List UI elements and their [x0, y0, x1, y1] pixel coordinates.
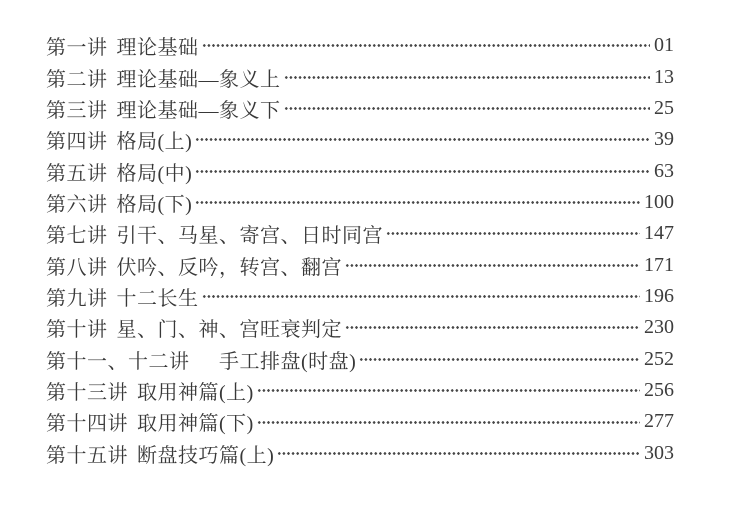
chapter-label: 第七讲 — [46, 219, 108, 248]
chapter-title: 十二长生 — [117, 282, 199, 311]
toc-row: 第十五讲 断盘技巧篇(上) 303 — [46, 437, 674, 468]
table-of-contents: 第一讲 理论基础 01 第二讲 理论基础—象义上 13 第三讲 理论基础—象义下… — [0, 0, 743, 469]
chapter-label: 第一讲 — [46, 31, 108, 60]
dot-leader — [284, 61, 651, 92]
chapter-label: 第十三讲 — [46, 376, 128, 405]
document-page: 第一讲 理论基础 01 第二讲 理论基础—象义上 13 第三讲 理论基础—象义下… — [0, 0, 743, 508]
page-number: 256 — [644, 379, 674, 402]
dot-leader — [257, 406, 640, 437]
chapter-title: 格局(下) — [117, 188, 193, 217]
chapter-title: 手工排盘(时盘) — [199, 345, 357, 374]
chapter-label: 第三讲 — [46, 94, 108, 123]
dot-leader — [202, 30, 651, 61]
chapter-label: 第十五讲 — [46, 439, 128, 468]
chapter-title: 格局(中) — [117, 157, 193, 186]
dot-leader — [284, 93, 651, 124]
chapter-title: 取用神篇(上) — [137, 376, 254, 405]
chapter-label: 第九讲 — [46, 282, 108, 311]
page-number: 277 — [644, 410, 674, 433]
chapter-title: 断盘技巧篇(上) — [137, 439, 274, 468]
chapter-label: 第八讲 — [46, 251, 108, 280]
page-number: 63 — [654, 160, 674, 183]
toc-row: 第十讲 星、门、神、宫旺衰判定 230 — [46, 312, 674, 343]
toc-row: 第五讲 格局(中) 63 — [46, 155, 674, 186]
page-number: 171 — [644, 254, 674, 277]
toc-row: 第六讲 格局(下) 100 — [46, 187, 674, 218]
page-number: 147 — [644, 222, 674, 245]
dot-leader — [257, 375, 640, 406]
page-number: 25 — [654, 97, 674, 120]
dot-leader — [195, 124, 650, 155]
chapter-label: 第五讲 — [46, 157, 108, 186]
chapter-title: 引干、马星、寄宫、日时同宫 — [117, 219, 384, 248]
page-number: 13 — [654, 66, 674, 89]
toc-row: 第十一、十二讲 手工排盘(时盘) 252 — [46, 343, 674, 374]
chapter-title: 理论基础 — [117, 31, 199, 60]
dot-leader — [345, 312, 640, 343]
chapter-title: 理论基础—象义下 — [117, 94, 281, 123]
chapter-label: 第二讲 — [46, 63, 108, 92]
toc-row: 第一讲 理论基础 01 — [46, 30, 674, 61]
toc-row: 第三讲 理论基础—象义下 25 — [46, 93, 674, 124]
toc-row: 第九讲 十二长生 196 — [46, 281, 674, 312]
page-number: 196 — [644, 285, 674, 308]
chapter-title: 理论基础—象义上 — [117, 63, 281, 92]
toc-row: 第十三讲 取用神篇(上) 256 — [46, 375, 674, 406]
page-number: 252 — [644, 348, 674, 371]
dot-leader — [195, 187, 640, 218]
chapter-label: 第十一、十二讲 — [46, 345, 190, 374]
dot-leader — [277, 437, 640, 468]
page-number: 303 — [644, 442, 674, 465]
dot-leader — [386, 218, 640, 249]
chapter-label: 第四讲 — [46, 125, 108, 154]
chapter-label: 第六讲 — [46, 188, 108, 217]
dot-leader — [202, 281, 641, 312]
dot-leader — [345, 249, 640, 280]
toc-row: 第八讲 伏吟、反吟，转宫、翻宫 171 — [46, 249, 674, 280]
page-number: 39 — [654, 128, 674, 151]
toc-row: 第二讲 理论基础—象义上 13 — [46, 61, 674, 92]
dot-leader — [195, 155, 650, 186]
chapter-label: 第十讲 — [46, 313, 108, 342]
chapter-title: 伏吟、反吟，转宫、翻宫 — [117, 251, 343, 280]
toc-row: 第十四讲 取用神篇(下) 277 — [46, 406, 674, 437]
chapter-title: 取用神篇(下) — [137, 407, 254, 436]
chapter-title: 星、门、神、宫旺衰判定 — [117, 313, 343, 342]
chapter-label: 第十四讲 — [46, 407, 128, 436]
page-number: 01 — [654, 34, 674, 57]
chapter-title: 格局(上) — [117, 125, 193, 154]
page-number: 230 — [644, 316, 674, 339]
toc-row: 第四讲 格局(上) 39 — [46, 124, 674, 155]
page-number: 100 — [644, 191, 674, 214]
toc-row: 第七讲 引干、马星、寄宫、日时同宫 147 — [46, 218, 674, 249]
dot-leader — [359, 343, 640, 374]
